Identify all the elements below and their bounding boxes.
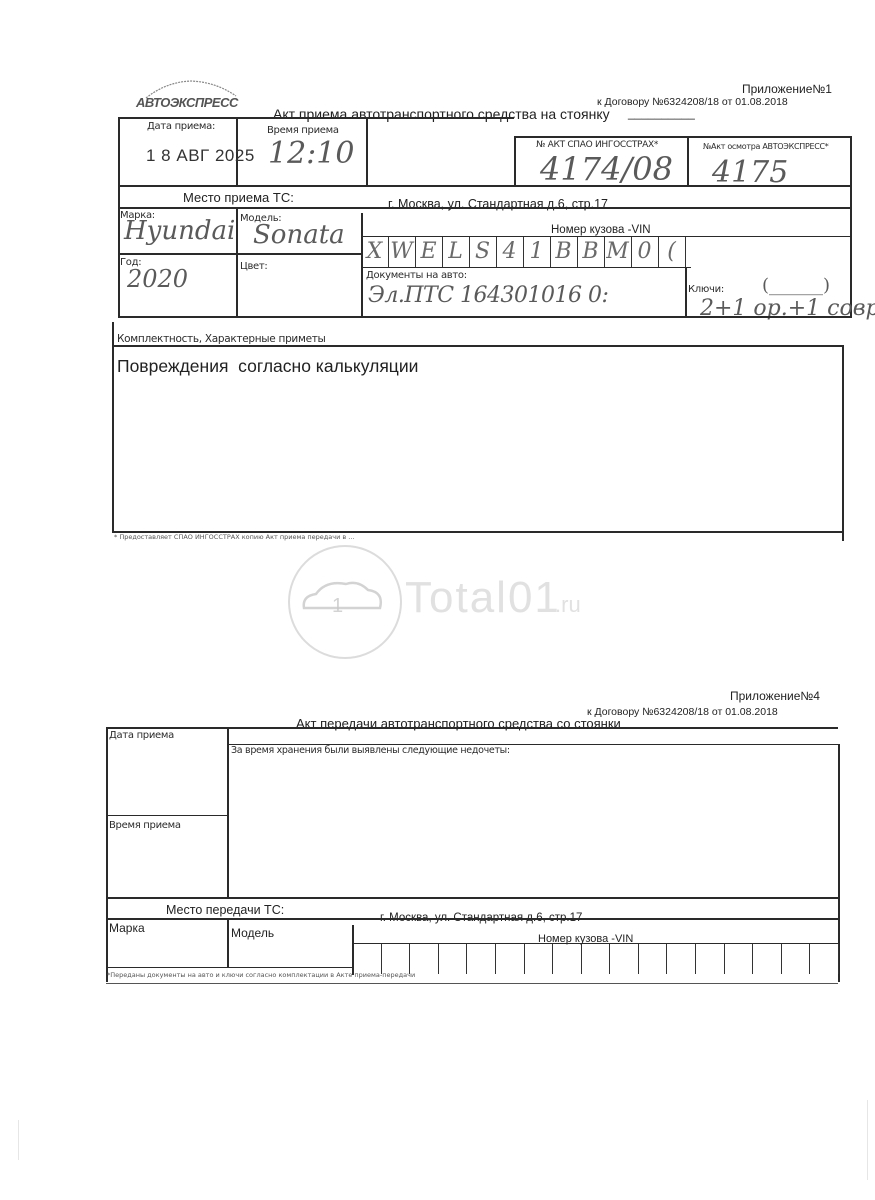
vin-cell bbox=[352, 944, 382, 974]
handover-place-label: Место передачи ТС: bbox=[166, 903, 284, 917]
vin-cell bbox=[409, 944, 439, 974]
vin-cell bbox=[381, 944, 411, 974]
keys-label: Ключи: bbox=[688, 284, 724, 295]
documents-value: Эл.ПТС 164301016 0: bbox=[368, 283, 608, 308]
vin-cell bbox=[781, 944, 811, 974]
vin-cell: X bbox=[361, 237, 389, 267]
date-value: 1 8 АВГ 2025 bbox=[146, 146, 255, 166]
vin-cell: 1 bbox=[523, 237, 551, 267]
vin-char: L bbox=[442, 239, 469, 264]
vin-cell bbox=[752, 944, 782, 974]
vin-grid: XWELS41BBM0( bbox=[361, 237, 686, 267]
vin-char: B bbox=[577, 239, 604, 264]
place-value: г. Москва, ул. Стандартная д.6, стр.17 bbox=[388, 197, 608, 211]
defects-label: За время хранения были выявлены следующи… bbox=[231, 745, 510, 756]
vin-cell: W bbox=[388, 237, 416, 267]
brand-value: Hyundai bbox=[124, 216, 235, 246]
ingos-act-label: № АКТ СПАО ИНГОССТРАХ* bbox=[536, 140, 658, 150]
vin-cell: B bbox=[550, 237, 578, 267]
handover-brand-label: Марка bbox=[109, 921, 145, 935]
appendix-number: Приложение№1 bbox=[742, 82, 832, 96]
vin-cell bbox=[609, 944, 639, 974]
autoexpress-logo: АВТОЭКСПРЕСС bbox=[136, 78, 241, 118]
documents-label: Документы на авто: bbox=[366, 270, 467, 281]
time-label: Время приема bbox=[267, 125, 339, 136]
handover-model-label: Модель bbox=[231, 926, 274, 940]
scan-edge-right bbox=[867, 1100, 868, 1180]
vin-label: Номер кузова -VIN bbox=[551, 224, 651, 236]
vin-char: 0 bbox=[631, 239, 658, 264]
model-value: Sonata bbox=[253, 220, 345, 250]
handover-footnote: *Переданы документы на авто и ключи согл… bbox=[107, 971, 415, 979]
vin-cell bbox=[524, 944, 554, 974]
vin-cell: L bbox=[442, 237, 470, 267]
vin-cell bbox=[724, 944, 754, 974]
ingos-act-value: 4174/08 bbox=[540, 150, 673, 188]
vin-char: E bbox=[415, 239, 442, 264]
watermark-suffix: .ru bbox=[555, 592, 581, 618]
form-title-4: Акт передачи автотранспортного средства … bbox=[296, 716, 621, 731]
keys-bracket: (______) bbox=[762, 275, 830, 296]
handover-vin-grid bbox=[352, 944, 838, 974]
vin-char: X bbox=[361, 239, 388, 264]
vin-cell bbox=[581, 944, 611, 974]
vin-cell: 4 bbox=[496, 237, 524, 267]
vin-cell bbox=[438, 944, 468, 974]
title-blank: __________ bbox=[628, 106, 695, 120]
vin-cell: E bbox=[415, 237, 443, 267]
vin-char: ( bbox=[658, 239, 685, 264]
scan-edge-left bbox=[18, 1120, 19, 1160]
equipment-label: Комплектность, Характерные приметы bbox=[117, 333, 326, 345]
vin-char: B bbox=[550, 239, 577, 264]
vin-char: 4 bbox=[496, 239, 523, 264]
vin-cell: S bbox=[469, 237, 497, 267]
svg-text:1: 1 bbox=[332, 595, 343, 617]
vin-char: 1 bbox=[523, 239, 550, 264]
handover-time-label: Время приема bbox=[109, 820, 181, 831]
vin-cell bbox=[695, 944, 725, 974]
vin-char: S bbox=[469, 239, 496, 264]
vin-char: W bbox=[388, 239, 415, 264]
equipment-value: Повреждения согласно калькуляции bbox=[117, 356, 418, 377]
vin-cell bbox=[552, 944, 582, 974]
vin-cell bbox=[495, 944, 525, 974]
footnote: * Предоставляет СПАО ИНГОССТРАХ копию Ак… bbox=[114, 533, 354, 541]
vin-cell bbox=[809, 944, 839, 974]
vin-cell: 0 bbox=[631, 237, 659, 267]
year-value: 2020 bbox=[127, 265, 188, 293]
vin-cell bbox=[638, 944, 668, 974]
color-label: Цвет: bbox=[240, 261, 268, 272]
watermark-text: Total01 bbox=[405, 573, 561, 623]
form-title: Акт приема автотранспортного средства на… bbox=[273, 106, 610, 122]
place-label: Место приема ТС: bbox=[183, 190, 294, 205]
time-value: 12:10 bbox=[268, 136, 354, 171]
handover-date-label: Дата приема bbox=[109, 730, 174, 741]
date-label: Дата приема: bbox=[147, 121, 215, 132]
vin-cell: B bbox=[577, 237, 605, 267]
autoexpress-act-label: №Акт осмотра АВТОЭКСПРЕСС* bbox=[703, 142, 829, 151]
vin-cell: M bbox=[604, 237, 632, 267]
vin-cell bbox=[466, 944, 496, 974]
vin-char: M bbox=[604, 239, 631, 264]
car-logo-icon: 1 bbox=[296, 578, 386, 622]
vin-cell bbox=[666, 944, 696, 974]
vin-cell: ( bbox=[658, 237, 686, 267]
appendix-number-4: Приложение№4 bbox=[730, 689, 820, 703]
